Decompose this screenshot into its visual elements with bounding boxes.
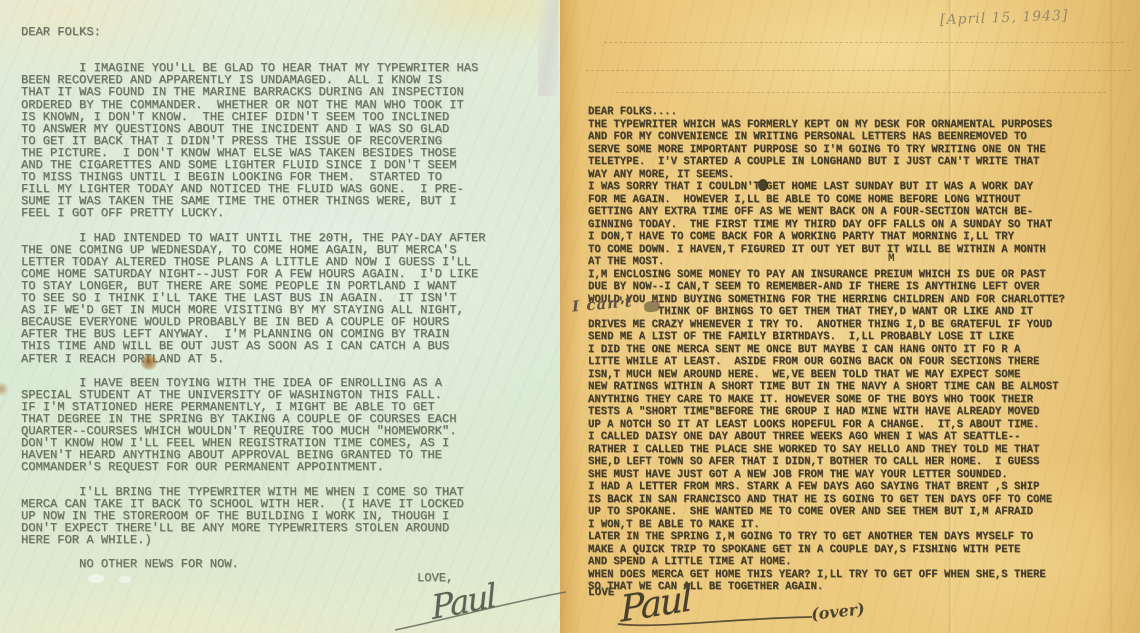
paper-spot <box>88 574 104 583</box>
pen-flourish <box>392 586 568 632</box>
letter-page-green: DEAR FOLKS: I IMAGINE YOU'LL BE GLAD TO … <box>0 0 560 633</box>
paper-crease <box>1109 0 1113 633</box>
scanned-letters: DEAR FOLKS: I IMAGINE YOU'LL BE GLAD TO … <box>0 0 1140 633</box>
signature-underline <box>616 608 816 630</box>
letter-closing-green: LOVE, <box>417 572 453 584</box>
paper-spot <box>119 576 131 583</box>
letter-body-tan: DEAR FOLKS.... THE TYPEWRITER WHICH WAS … <box>588 106 1065 594</box>
teletype-feed-line <box>616 92 1106 93</box>
premium-correction-annotation: M <box>888 253 895 265</box>
teletype-feed-line <box>586 70 1131 71</box>
stain <box>141 355 158 370</box>
ink-blotch <box>758 179 768 191</box>
teletype-feed-line <box>604 42 1124 43</box>
letter-body-green: DEAR FOLKS: I IMAGINE YOU'LL BE GLAD TO … <box>21 26 485 570</box>
paper-crease <box>538 0 558 96</box>
letter-page-tan: [April 15, 1943] DEAR FOLKS.... THE TYPE… <box>556 0 1140 633</box>
letter-closing-tan: LOVE <box>588 587 614 599</box>
